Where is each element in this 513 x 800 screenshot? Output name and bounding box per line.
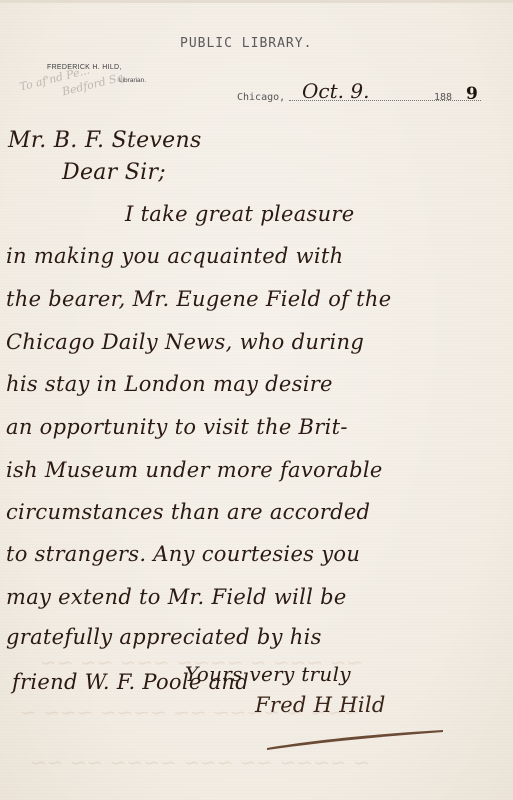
place-label: Chicago, [237,92,285,103]
body-line: ish Museum under more favorable [6,458,383,482]
closing: Yours very truly [185,662,351,686]
signature: Fred H Hild [255,693,386,717]
paper-top-edge [0,0,513,3]
body-line: in making you acquainted with [6,244,344,268]
body-line: circumstances than are accorded [6,500,370,524]
letterhead-institution: PUBLIC LIBRARY. [180,36,312,51]
body-line: Chicago Daily News, who during [6,330,364,354]
handwritten-date: Oct. 9. [302,79,369,103]
pencil-annotation: To af'nd Pe... Bedford Sq. [18,46,161,109]
body-line: the bearer, Mr. Eugene Field of the [6,287,391,311]
salutation: Dear Sir; [62,160,166,185]
body-line: may extend to Mr. Field will be [6,585,347,609]
body-line: gratefully appreciated by his [6,625,322,649]
body-line: I take great pleasure [125,202,354,226]
signature-flourish [265,726,445,752]
dateline: Chicago, Oct. 9. 188 9 [237,85,487,107]
body-line: his stay in London may desire [6,372,333,396]
bleed-through-text: ~ ~~~~ ~~ ~~~ ~~~~ ~~ ~~ [30,750,370,774]
body-line: an opportunity to visit the Brit- [6,415,348,439]
recipient: Mr. B. F. Stevens [8,128,202,153]
handwritten-year-digit: 9 [466,84,478,104]
letter-paper: ~~ ~~~ ~ ~~~~ ~~~ ~~ ~~ ~~~ ~ ~~~~ ~~ ~~… [0,0,513,800]
body-line: to strangers. Any courtesies you [6,542,360,566]
printed-year-prefix: 188 [434,92,452,103]
